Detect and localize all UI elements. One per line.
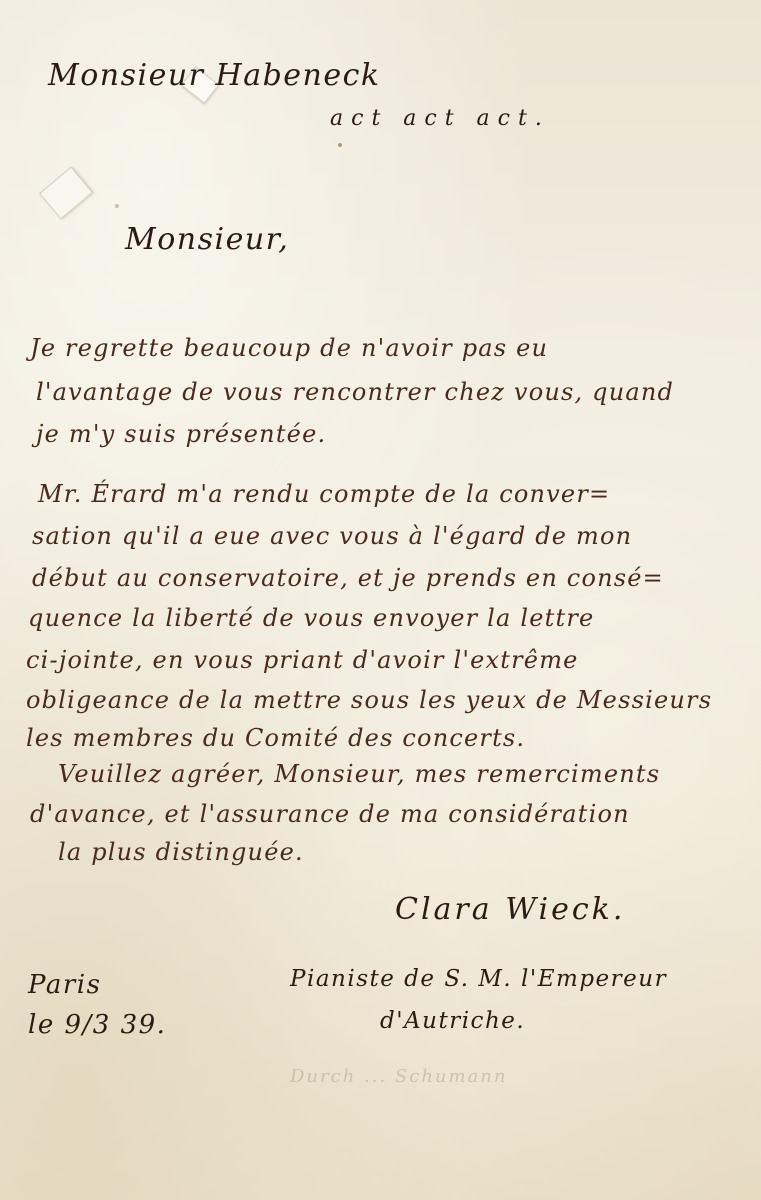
paragraph-3-line-1: Veuillez agréer, Monsieur, mes remercime… [58,760,660,788]
paragraph-2-line-7: les membres du Comité des concerts. [26,724,525,752]
paragraph-3-line-2: d'avance, et l'assurance de ma considéra… [30,800,630,828]
letter-page: Monsieur Habeneck act act act. Monsieur,… [0,0,761,1200]
place: Paris [28,970,101,1000]
pencil-note: Durch ... Schumann [290,1066,508,1087]
reference-line: act act act. [330,106,550,131]
date: le 9/3 39. [28,1010,166,1040]
paragraph-1-line-2: l'avantage de vous rencontrer chez vous,… [36,378,674,406]
paper-tear-patch [39,166,93,219]
paragraph-1-line-1: Je regrette beaucoup de n'avoir pas eu [30,334,548,362]
signature-title-line-2: d'Autriche. [380,1008,525,1034]
salutation: Monsieur, [125,222,289,257]
signature-title-line-1: Pianiste de S. M. l'Empereur [290,966,667,992]
addressee-line: Monsieur Habeneck [48,58,381,93]
paragraph-2-line-6: obligeance de la mettre sous les yeux de… [26,686,712,714]
paragraph-2-line-5: ci-jointe, en vous priant d'avoir l'extr… [26,646,579,674]
paragraph-2-line-3: début au conservatoire, et je prends en … [32,564,664,592]
paragraph-2-line-1: Mr. Érard m'a rendu compte de la conver= [38,480,610,508]
paragraph-3-line-3: la plus distinguée. [58,838,304,866]
paragraph-1-line-3: je m'y suis présentée. [36,420,326,448]
ink-speck [115,204,119,208]
signature: Clara Wieck. [395,892,625,927]
paragraph-2-line-2: sation qu'il a eue avec vous à l'égard d… [32,522,632,550]
ink-speck [338,143,342,147]
paragraph-2-line-4: quence la liberté de vous envoyer la let… [28,604,594,632]
